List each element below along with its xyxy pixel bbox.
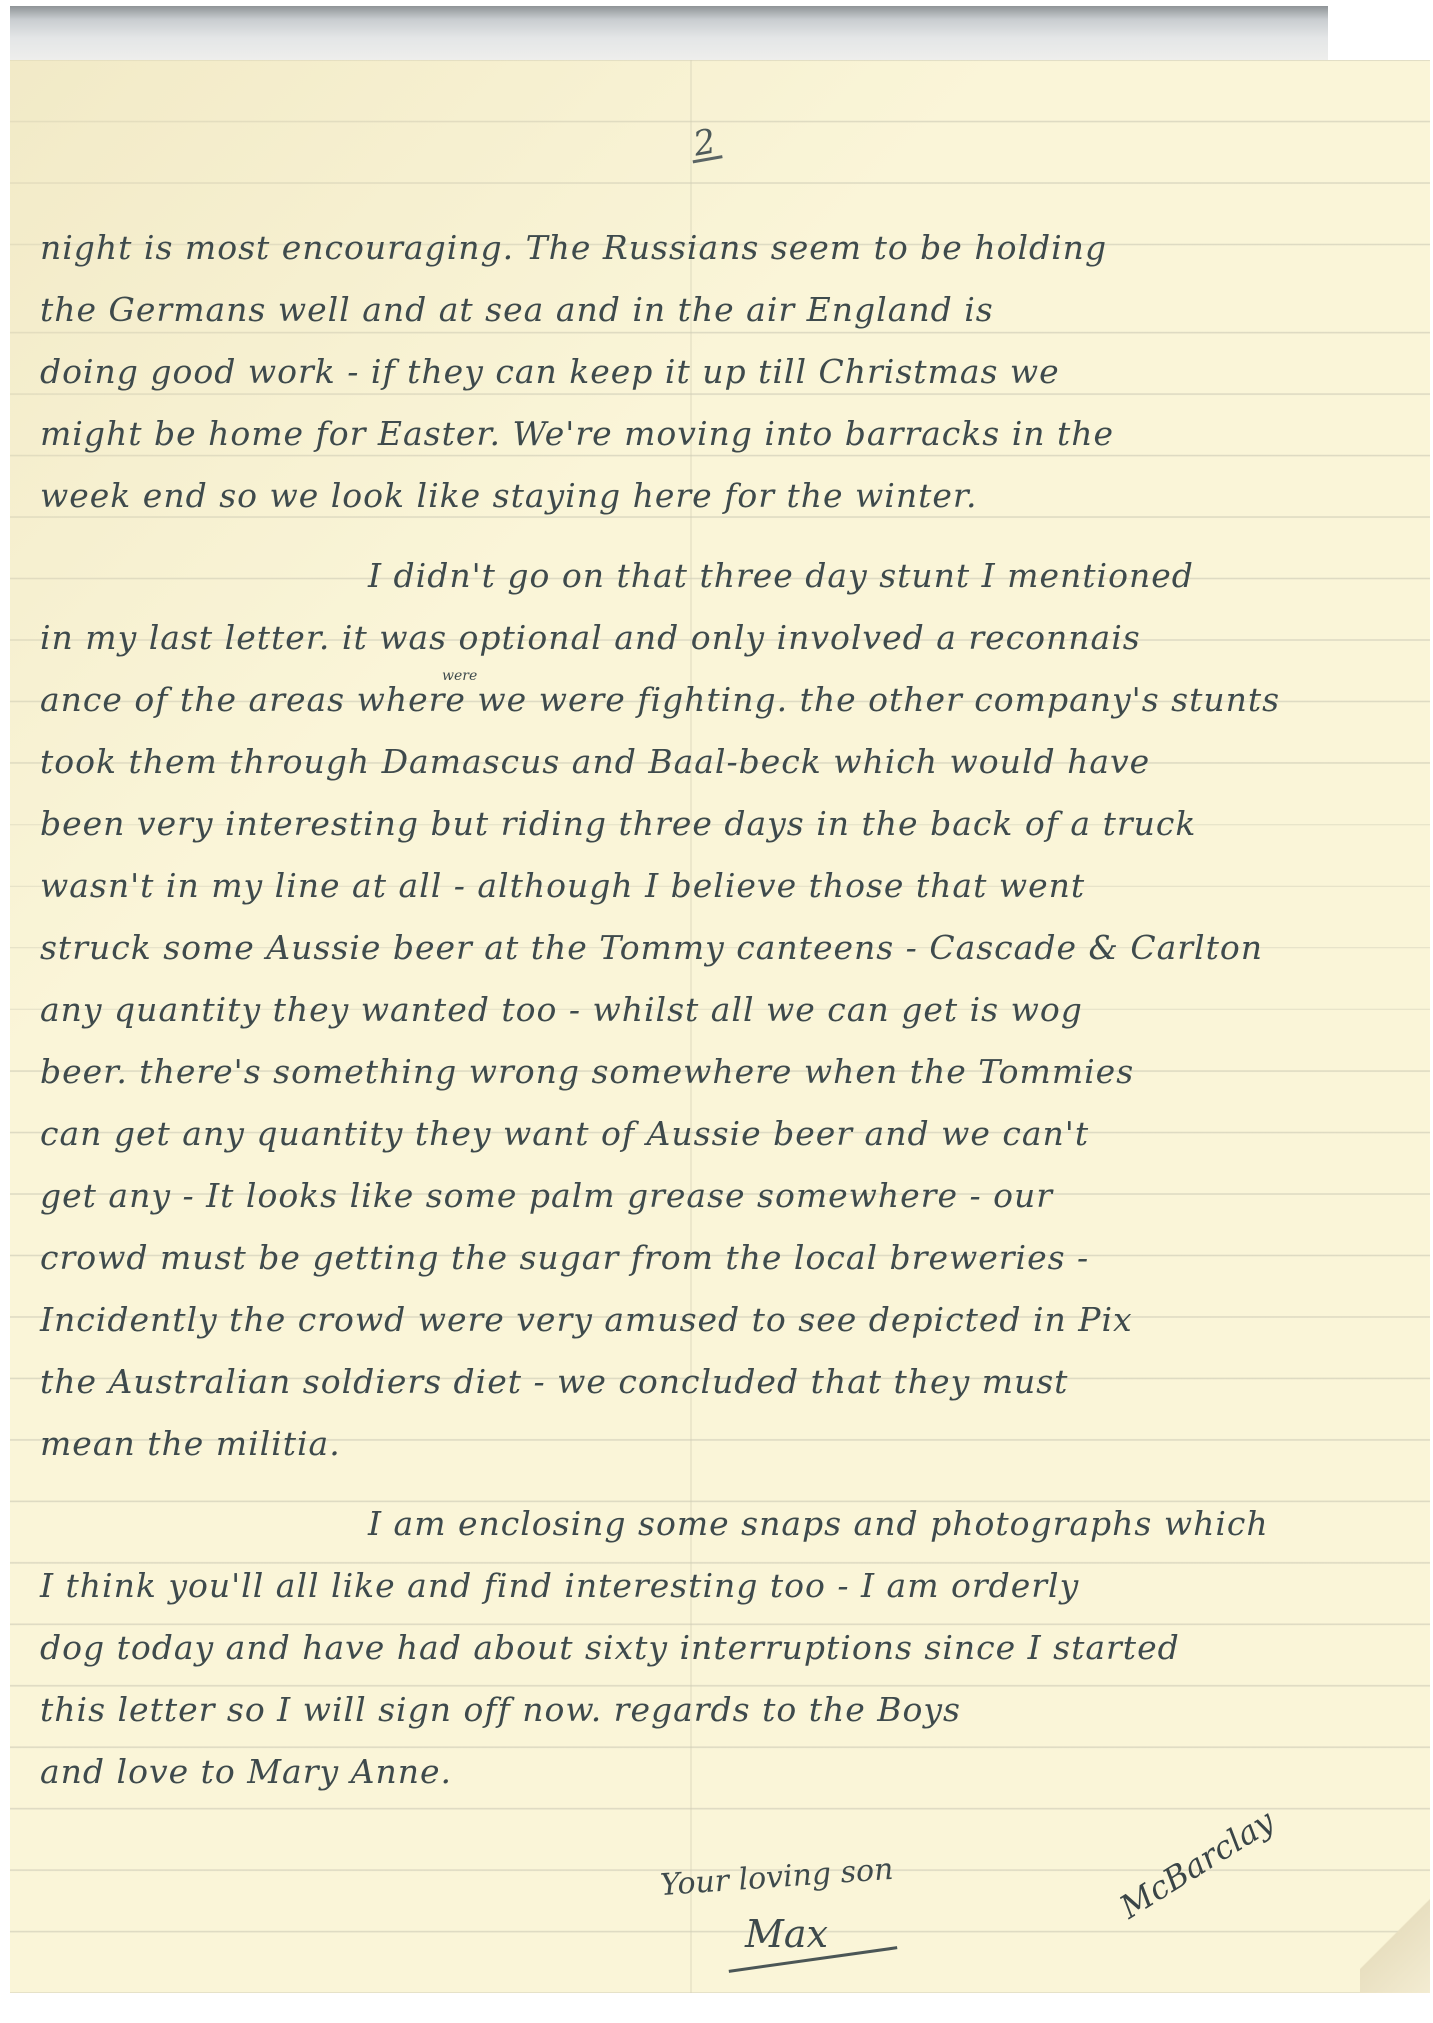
letter-line: took them through Damascus and Baal-beck… [40,742,1150,781]
letter-line: struck some Aussie beer at the Tommy can… [40,928,1263,967]
letter-line: I think you'll all like and find interes… [40,1566,1079,1605]
letter-line: ance of the areas where we were fighting… [40,680,1280,719]
letter-line: dog today and have had about sixty inter… [40,1628,1180,1667]
letter-line: beer. there's something wrong somewhere … [40,1052,1134,1091]
signature: Max [745,1912,828,1956]
letter-line: this letter so I will sign off now. rega… [40,1690,961,1729]
letter-line: crowd must be getting the sugar from the… [40,1238,1089,1277]
letter-line: the Germans well and at sea and in the a… [40,290,994,329]
letter-line: been very interesting but riding three d… [40,804,1196,843]
letter-line: night is most encouraging. The Russians … [40,228,1107,267]
letter-line: any quantity they wanted too - whilst al… [40,990,1083,1029]
letter-line: I am enclosing some snaps and photograph… [368,1504,1269,1543]
scanner-edge [10,6,1328,60]
letter-line: in my last letter. it was optional and o… [40,618,1141,657]
letter-line: Incidently the crowd were very amused to… [40,1300,1133,1339]
letter-line: week end so we look like staying here fo… [40,476,978,515]
letter-line: might be home for Easter. We're moving i… [40,414,1114,453]
letter-line: mean the militia. [40,1424,341,1463]
letter-line: I didn't go on that three day stunt I me… [368,556,1194,595]
letter-line: can get any quantity they want of Aussie… [40,1114,1089,1153]
letter-line: get any - It looks like some palm grease… [40,1176,1053,1215]
letter-line: and love to Mary Anne. [40,1752,452,1791]
letter-line: the Australian soldiers diet - we conclu… [40,1362,1068,1401]
letter-line: doing good work - if they can keep it up… [40,352,1060,391]
folded-corner [1360,1873,1430,1993]
page-number: 2 [687,126,722,164]
letter-line: wasn't in my line at all - although I be… [40,866,1085,905]
